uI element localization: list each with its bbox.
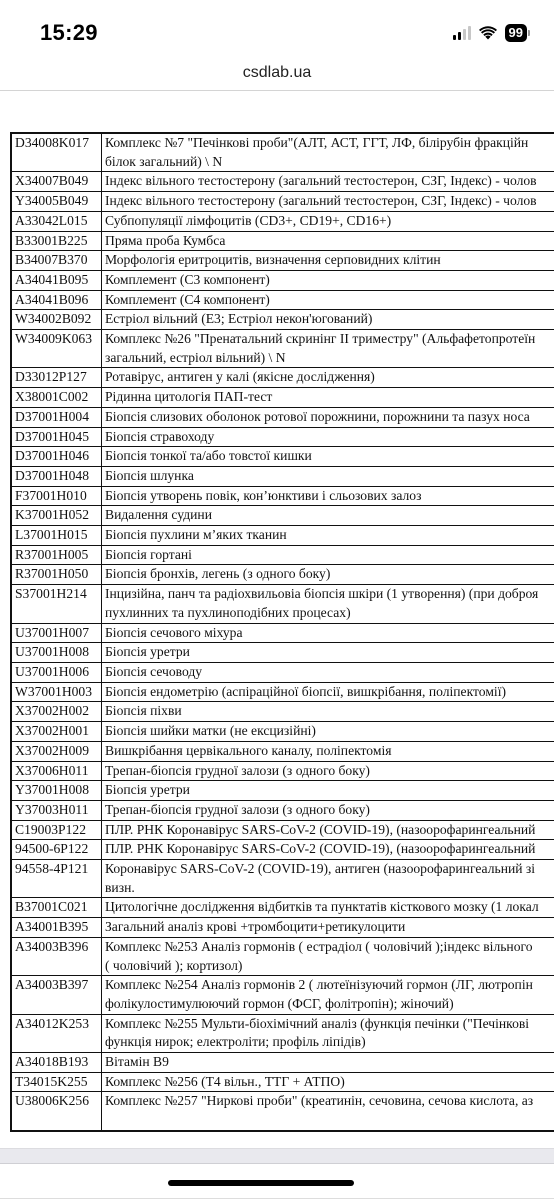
test-code-cell: X37002H001: [11, 722, 102, 742]
table-row: X37002H009Вишкрібання цервікального кана…: [11, 741, 554, 761]
description-line: Пряма проба Кумбса: [105, 232, 554, 251]
status-icons: 99: [453, 24, 530, 42]
test-description-cell: Біопсія тонкої та/або товстої кишки: [102, 447, 554, 467]
test-description-cell: Комплемент (С3 компонент): [102, 270, 554, 290]
test-code-cell: 94500-6P122: [11, 840, 102, 860]
table-row: A34003B397Комплекс №254 Аналіз гормонів …: [11, 976, 554, 1014]
table-row: D37001H048Біопсія шлунка: [11, 466, 554, 486]
test-code-cell: A34001B395: [11, 918, 102, 938]
description-line: ( чоловічий ); кортизол): [105, 957, 554, 976]
cellular-signal-icon: [453, 26, 471, 40]
test-code-cell: A34018B193: [11, 1053, 102, 1073]
address-bar[interactable]: csdlab.ua: [0, 56, 554, 89]
test-description-cell: Субпопуляції лімфоцитів (CD3+, CD19+, CD…: [102, 211, 554, 231]
test-code-cell: D37001H048: [11, 466, 102, 486]
test-code-cell: X37006H011: [11, 761, 102, 781]
table-row: B33001B225Пряма проба Кумбса: [11, 231, 554, 251]
test-code-cell: Y34005B049: [11, 192, 102, 212]
test-description-cell: Загальний аналіз крові +тромбоцити+ретик…: [102, 918, 554, 938]
description-line: ПЛР. РНК Коронавірус SARS-CoV-2 (COVID-1…: [105, 821, 554, 840]
description-line: функція нирок; електроліти; профіль ліпі…: [105, 1033, 554, 1052]
description-line: Біопсія утворень повік, кон’юнктиви і сл…: [105, 487, 554, 506]
test-description-cell: Комплемент (С4 компонент): [102, 290, 554, 310]
table-row: C19003P122ПЛР. РНК Коронавірус SARS-CoV-…: [11, 820, 554, 840]
test-code-cell: A34041B095: [11, 270, 102, 290]
test-code-cell: A34003B397: [11, 976, 102, 1014]
document-viewport[interactable]: D34008K017Комплекс №7 "Печінкові проби"(…: [10, 132, 554, 1132]
description-line: Біопсія бронхів, легень (з одного боку): [105, 565, 554, 584]
test-code-cell: Y37003H011: [11, 800, 102, 820]
description-line: Комплемент (С4 компонент): [105, 291, 554, 310]
test-description-cell: Біопсія слизових оболонок ротової порожн…: [102, 407, 554, 427]
test-description-cell: Комплекс №255 Мульти-біохімічний аналіз …: [102, 1014, 554, 1052]
test-description-cell: Рідинна цитологія ПАП-тест: [102, 388, 554, 408]
test-code-cell: X37002H002: [11, 702, 102, 722]
test-description-cell: Біопсія пухлини м’яких тканин: [102, 526, 554, 546]
test-code-cell: L37001H015: [11, 526, 102, 546]
test-description-cell: Трепан-біопсія грудної залози (з одного …: [102, 761, 554, 781]
description-line: пухлинних та пухлиноподібних процесах): [105, 604, 554, 623]
description-line: Інцизійна, панч та радіохвильовіа біопсі…: [105, 585, 554, 604]
description-line: Біопсія ендометрію (аспіраційної біопсії…: [105, 683, 554, 702]
table-row: U37001H008Біопсія уретри: [11, 643, 554, 663]
test-description-cell: Біопсія шийки матки (не ексцизійні): [102, 722, 554, 742]
wifi-icon: [479, 26, 497, 40]
test-description-cell: Естріол вільний (Е3; Естріол некон'югова…: [102, 310, 554, 330]
test-code-cell: W37001H003: [11, 682, 102, 702]
test-description-cell: Біопсія стравоходу: [102, 427, 554, 447]
table-row: U37001H006Біопсія сечоводу: [11, 662, 554, 682]
home-indicator[interactable]: [168, 1180, 354, 1186]
test-description-cell: Цитологічне дослідження відбитків та пун…: [102, 898, 554, 918]
description-line: Рідинна цитологія ПАП-тест: [105, 388, 554, 407]
description-line: загальний, естріол вільний) \ N: [105, 349, 554, 368]
test-description-cell: ПЛР. РНК Коронавірус SARS-CoV-2 (COVID-1…: [102, 840, 554, 860]
table-row: A34001B395Загальний аналіз крові +тромбо…: [11, 918, 554, 938]
test-code-cell: A34041B096: [11, 290, 102, 310]
test-description-cell: Біопсія гортані: [102, 545, 554, 565]
table-row: X37002H001Біопсія шийки матки (не ексциз…: [11, 722, 554, 742]
table-row: 94500-6P122ПЛР. РНК Коронавірус SARS-CoV…: [11, 840, 554, 860]
description-line: Комплекс №257 "Ниркові проби" (креатинін…: [105, 1092, 554, 1111]
test-description-cell: Біопсія уретри: [102, 643, 554, 663]
table-row: Y37001H008Біопсія уретри: [11, 781, 554, 801]
description-line: Комплекс №255 Мульти-біохімічний аналіз …: [105, 1015, 554, 1034]
test-code-cell: U38006K256: [11, 1092, 102, 1131]
test-code-cell: T34015K255: [11, 1072, 102, 1092]
bottom-divider: [0, 1198, 554, 1199]
table-row: Y37003H011Трепан-біопсія грудної залози …: [11, 800, 554, 820]
table-row: X37002H002Біопсія піхви: [11, 702, 554, 722]
table-row: X34007B049Індекс вільного тестостерону (…: [11, 172, 554, 192]
table-body: D34008K017Комплекс №7 "Печінкові проби"(…: [11, 133, 554, 1131]
test-code-cell: D33012P127: [11, 368, 102, 388]
test-catalog-table: D34008K017Комплекс №7 "Печінкові проби"(…: [10, 132, 554, 1132]
test-code-cell: B33001B225: [11, 231, 102, 251]
test-code-cell: D37001H046: [11, 447, 102, 467]
table-row: D33012P127Ротавірус, антиген у калі (які…: [11, 368, 554, 388]
test-code-cell: X34007B049: [11, 172, 102, 192]
description-line: фолікулостимулюючий гормон (ФСГ, фолітро…: [105, 995, 554, 1014]
table-row: X38001C002Рідинна цитологія ПАП-тест: [11, 388, 554, 408]
description-line: [105, 1111, 554, 1130]
test-description-cell: Морфологія еритроцитів, визначення серпо…: [102, 251, 554, 271]
test-code-cell: X38001C002: [11, 388, 102, 408]
table-row: F37001H010Біопсія утворень повік, кон’юн…: [11, 486, 554, 506]
test-description-cell: Біопсія сечоводу: [102, 662, 554, 682]
test-description-cell: Комплекс №26 "Пренатальний скринінг ІІ т…: [102, 330, 554, 368]
test-code-cell: D37001H045: [11, 427, 102, 447]
table-row: B37001C021Цитологічне дослідження відбит…: [11, 898, 554, 918]
test-code-cell: W34009K063: [11, 330, 102, 368]
table-row: A34018B193Вітамін В9: [11, 1053, 554, 1073]
table-row: W34009K063Комплекс №26 "Пренатальний скр…: [11, 330, 554, 368]
table-row: R37001H050Біопсія бронхів, легень (з одн…: [11, 565, 554, 585]
description-line: Біопсія тонкої та/або товстої кишки: [105, 447, 554, 466]
test-code-cell: 94558-4P121: [11, 860, 102, 898]
description-line: Коронавірус SARS-CoV-2 (COVID-19), антиг…: [105, 860, 554, 879]
test-code-cell: Y37001H008: [11, 781, 102, 801]
test-code-cell: W34002B092: [11, 310, 102, 330]
clock-time: 15:29: [40, 20, 98, 46]
test-code-cell: X37002H009: [11, 741, 102, 761]
test-description-cell: Комплекс №7 "Печінкові проби"(АЛТ, АСТ, …: [102, 133, 554, 172]
description-line: Комплекс №7 "Печінкові проби"(АЛТ, АСТ, …: [105, 134, 554, 153]
test-code-cell: A33042L015: [11, 211, 102, 231]
test-code-cell: R37001H005: [11, 545, 102, 565]
description-line: Біопсія сечоводу: [105, 663, 554, 682]
table-row: A34003B396Комплекс №253 Аналіз гормонів …: [11, 937, 554, 975]
battery-icon: 99: [505, 24, 530, 42]
test-description-cell: Біопсія уретри: [102, 781, 554, 801]
battery-level: 99: [505, 24, 527, 42]
test-code-cell: D37001H004: [11, 407, 102, 427]
test-code-cell: B34007B370: [11, 251, 102, 271]
test-code-cell: S37001H214: [11, 585, 102, 623]
test-description-cell: Вітамін В9: [102, 1053, 554, 1073]
table-row: D34008K017Комплекс №7 "Печінкові проби"(…: [11, 133, 554, 172]
table-row: U37001H007Біопсія сечового міхура: [11, 623, 554, 643]
test-description-cell: Ротавірус, антиген у калі (якісне дослід…: [102, 368, 554, 388]
test-description-cell: ПЛР. РНК Коронавірус SARS-CoV-2 (COVID-1…: [102, 820, 554, 840]
test-description-cell: Біопсія сечового міхура: [102, 623, 554, 643]
description-line: Видалення судини: [105, 506, 554, 525]
description-line: Субпопуляції лімфоцитів (CD3+, CD19+, CD…: [105, 212, 554, 231]
description-line: Біопсія слизових оболонок ротової порожн…: [105, 408, 554, 427]
description-line: Біопсія стравоходу: [105, 428, 554, 447]
test-description-cell: Біопсія утворень повік, кон’юнктиви і сл…: [102, 486, 554, 506]
status-bar: 15:29 99: [0, 0, 554, 56]
test-code-cell: D34008K017: [11, 133, 102, 172]
table-row: W34002B092Естріол вільний (Е3; Естріол н…: [11, 310, 554, 330]
table-row: K37001H052Видалення судини: [11, 506, 554, 526]
browser-bottom-toolbar: [0, 1148, 554, 1164]
description-line: Комплекс №26 "Пренатальний скринінг ІІ т…: [105, 330, 554, 349]
table-row: D37001H045Біопсія стравоходу: [11, 427, 554, 447]
table-row: U38006K256Комплекс №257 "Ниркові проби" …: [11, 1092, 554, 1131]
test-description-cell: Індекс вільного тестостерону (загальний …: [102, 172, 554, 192]
description-line: Ротавірус, антиген у калі (якісне дослід…: [105, 368, 554, 387]
description-line: ПЛР. РНК Коронавірус SARS-CoV-2 (COVID-1…: [105, 840, 554, 859]
description-line: Біопсія гортані: [105, 546, 554, 565]
test-code-cell: B37001C021: [11, 898, 102, 918]
table-row: X37006H011Трепан-біопсія грудної залози …: [11, 761, 554, 781]
description-line: Біопсія пухлини м’яких тканин: [105, 526, 554, 545]
description-line: Вишкрібання цервікального каналу, поліпе…: [105, 742, 554, 761]
description-line: визн.: [105, 879, 554, 898]
table-row: A34012K253Комплекс №255 Мульти-біохімічн…: [11, 1014, 554, 1052]
test-code-cell: C19003P122: [11, 820, 102, 840]
description-line: білок загальний) \ N: [105, 153, 554, 172]
test-description-cell: Вишкрібання цервікального каналу, поліпе…: [102, 741, 554, 761]
test-description-cell: Комплекс №253 Аналіз гормонів ( естрадіо…: [102, 937, 554, 975]
description-line: Комплекс №256 (Т4 вільн., ТТГ + АТПО): [105, 1073, 554, 1092]
description-line: Комплекс №253 Аналіз гормонів ( естрадіо…: [105, 938, 554, 957]
table-row: S37001H214Інцизійна, панч та радіохвильо…: [11, 585, 554, 623]
description-line: Трепан-біопсія грудної залози (з одного …: [105, 801, 554, 820]
description-line: Комплемент (С3 компонент): [105, 271, 554, 290]
description-line: Біопсія шлунка: [105, 467, 554, 486]
description-line: Біопсія шийки матки (не ексцизійні): [105, 722, 554, 741]
test-description-cell: Комплекс №254 Аналіз гормонів 2 ( лютеїн…: [102, 976, 554, 1014]
description-line: Біопсія сечового міхура: [105, 624, 554, 643]
table-row: R37001H005Біопсія гортані: [11, 545, 554, 565]
test-description-cell: Коронавірус SARS-CoV-2 (COVID-19), антиг…: [102, 860, 554, 898]
description-line: Загальний аналіз крові +тромбоцити+ретик…: [105, 918, 554, 937]
test-code-cell: A34012K253: [11, 1014, 102, 1052]
table-row: D37001H004Біопсія слизових оболонок рото…: [11, 407, 554, 427]
test-description-cell: Біопсія піхви: [102, 702, 554, 722]
test-description-cell: Видалення судини: [102, 506, 554, 526]
test-description-cell: Біопсія шлунка: [102, 466, 554, 486]
table-row: A34041B096Комплемент (С4 компонент): [11, 290, 554, 310]
table-row: L37001H015Біопсія пухлини м’яких тканин: [11, 526, 554, 546]
test-description-cell: Пряма проба Кумбса: [102, 231, 554, 251]
description-line: Комплекс №254 Аналіз гормонів 2 ( лютеїн…: [105, 976, 554, 995]
description-line: Біопсія уретри: [105, 781, 554, 800]
test-description-cell: Інцизійна, панч та радіохвильовіа біопсі…: [102, 585, 554, 623]
table-row: B34007B370Морфологія еритроцитів, визнач…: [11, 251, 554, 271]
test-code-cell: F37001H010: [11, 486, 102, 506]
table-row: 94558-4P121Коронавірус SARS-CoV-2 (COVID…: [11, 860, 554, 898]
toolbar-divider: [0, 90, 554, 91]
test-description-cell: Біопсія бронхів, легень (з одного боку): [102, 565, 554, 585]
test-code-cell: R37001H050: [11, 565, 102, 585]
test-description-cell: Комплекс №257 "Ниркові проби" (креатинін…: [102, 1092, 554, 1131]
test-code-cell: U37001H006: [11, 662, 102, 682]
test-description-cell: Трепан-біопсія грудної залози (з одного …: [102, 800, 554, 820]
description-line: Біопсія уретри: [105, 643, 554, 662]
description-line: Трепан-біопсія грудної залози (з одного …: [105, 762, 554, 781]
test-code-cell: A34003B396: [11, 937, 102, 975]
test-code-cell: U37001H007: [11, 623, 102, 643]
table-row: Y34005B049Індекс вільного тестостерону (…: [11, 192, 554, 212]
url-text: csdlab.ua: [243, 64, 312, 81]
table-row: T34015K255Комплекс №256 (Т4 вільн., ТТГ …: [11, 1072, 554, 1092]
description-line: Біопсія піхви: [105, 702, 554, 721]
description-line: Вітамін В9: [105, 1053, 554, 1072]
description-line: Морфологія еритроцитів, визначення серпо…: [105, 251, 554, 270]
table-row: A34041B095Комплемент (С3 компонент): [11, 270, 554, 290]
description-line: Цитологічне дослідження відбитків та пун…: [105, 898, 554, 917]
test-description-cell: Комплекс №256 (Т4 вільн., ТТГ + АТПО): [102, 1072, 554, 1092]
table-row: W37001H003Біопсія ендометрію (аспіраційн…: [11, 682, 554, 702]
description-line: Естріол вільний (Е3; Естріол некон'югова…: [105, 310, 554, 329]
test-description-cell: Біопсія ендометрію (аспіраційної біопсії…: [102, 682, 554, 702]
description-line: Індекс вільного тестостерону (загальний …: [105, 192, 554, 211]
test-code-cell: K37001H052: [11, 506, 102, 526]
table-row: A33042L015Субпопуляції лімфоцитів (CD3+,…: [11, 211, 554, 231]
description-line: Індекс вільного тестостерону (загальний …: [105, 172, 554, 191]
table-row: D37001H046Біопсія тонкої та/або товстої …: [11, 447, 554, 467]
test-code-cell: U37001H008: [11, 643, 102, 663]
test-description-cell: Індекс вільного тестостерону (загальний …: [102, 192, 554, 212]
